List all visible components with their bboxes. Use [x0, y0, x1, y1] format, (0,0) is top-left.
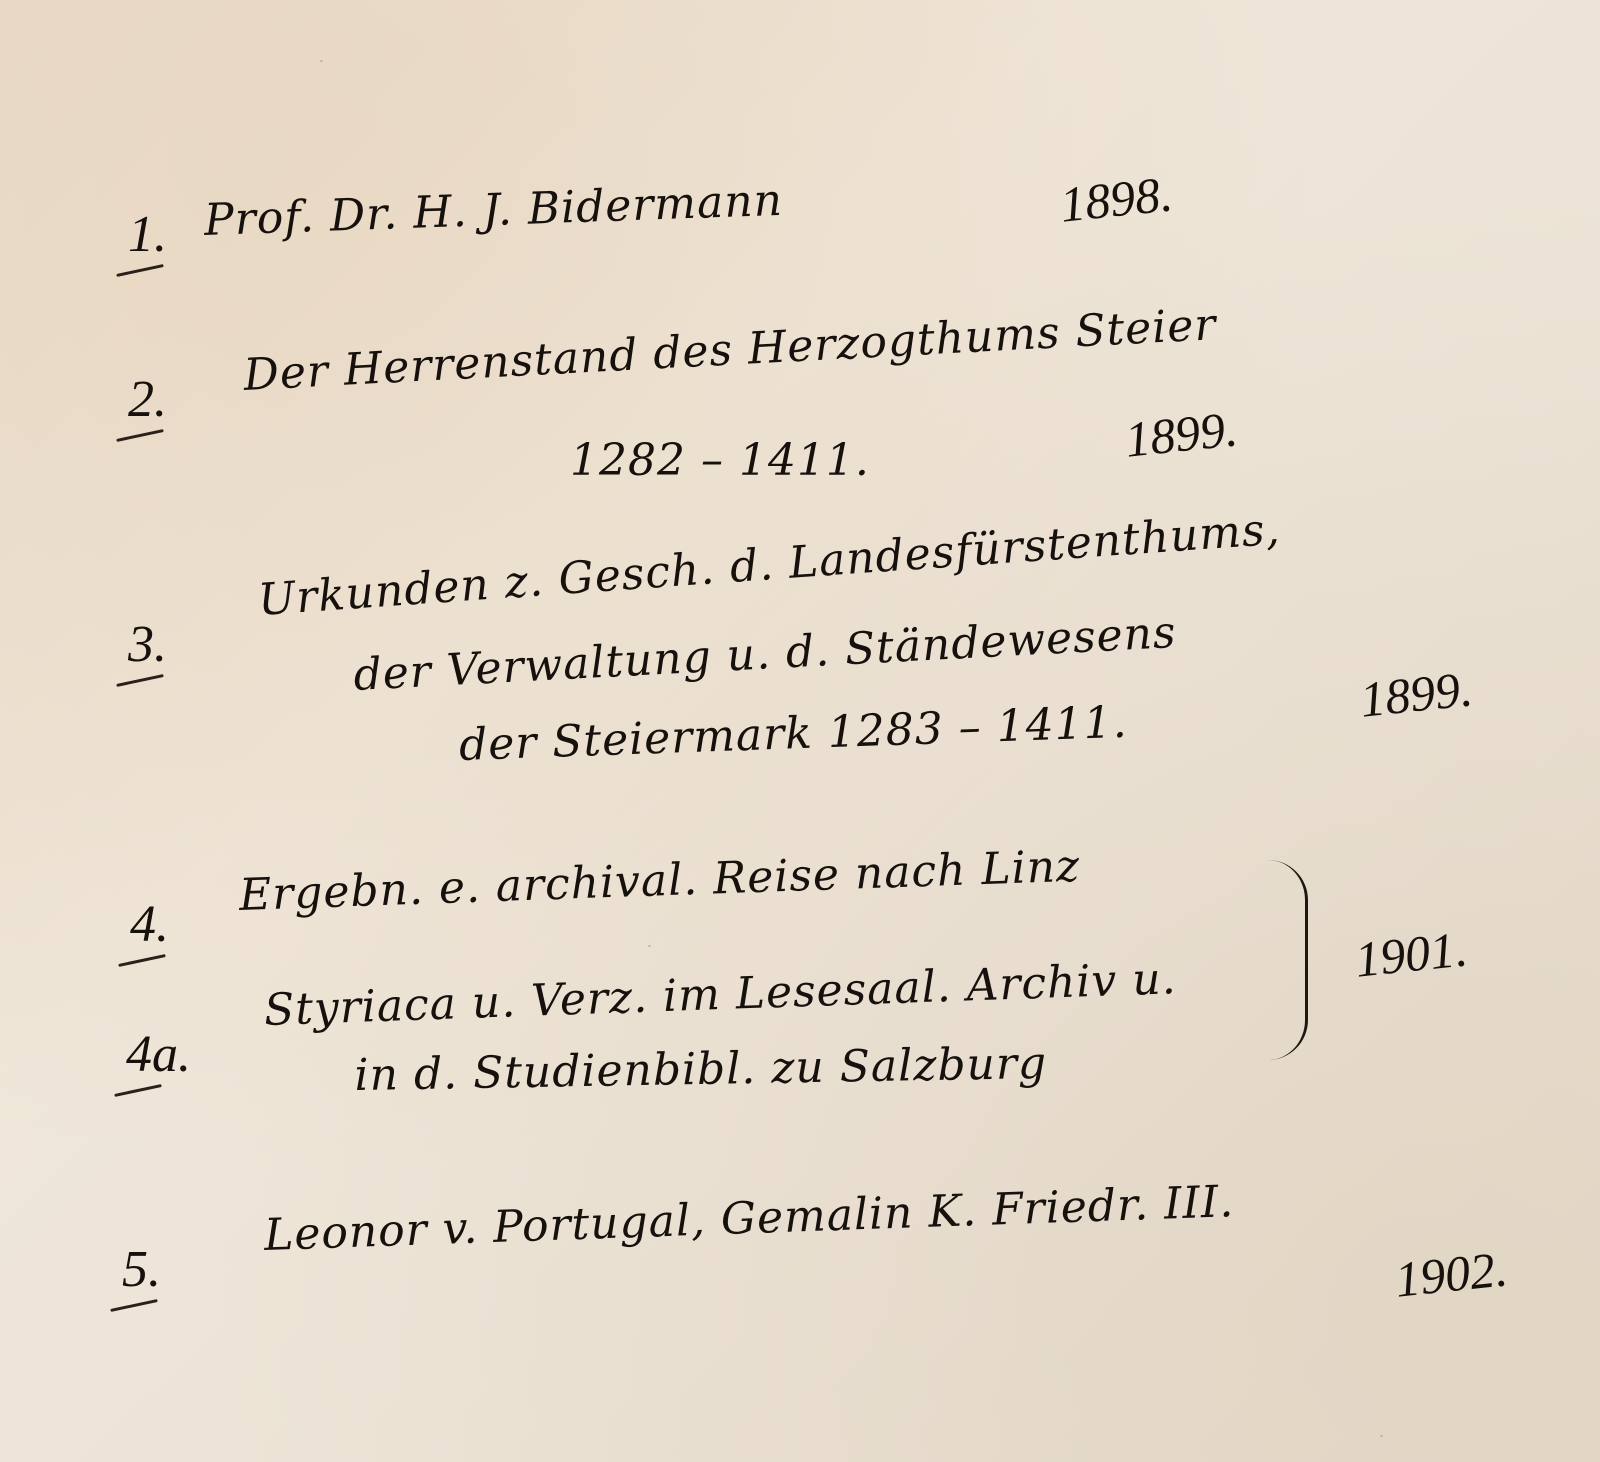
entry-text: 1282 – 1411.	[570, 435, 870, 486]
paper-speck	[320, 60, 323, 62]
entry-year: 1901.	[1352, 919, 1470, 988]
entry-year: 1899.	[1122, 399, 1240, 468]
ink-speck	[648, 945, 651, 947]
entry-year: 1899.	[1357, 659, 1475, 728]
entry-text: der Verwaltung u. d. Ständewesens	[352, 607, 1177, 701]
entry-number: 3.	[128, 615, 167, 674]
entry-text: Leonor v. Portugal, Gemalin K. Friedr. I…	[263, 1176, 1235, 1261]
entry-number: 1.	[128, 205, 167, 264]
underline	[116, 429, 164, 442]
entry-text: Styriaca u. Verz. im Lesesaal. Archiv u.	[263, 953, 1177, 1036]
entry-year: 1902.	[1392, 1239, 1510, 1308]
underline	[116, 264, 164, 277]
underline	[118, 954, 166, 967]
entry-number: 4.	[130, 895, 169, 954]
underline	[114, 1084, 162, 1097]
entry-text: Der Herrenstand des Herzogthums Steier	[242, 299, 1217, 401]
underline	[116, 674, 164, 687]
entry-number: 5.	[122, 1240, 161, 1299]
entry-number: 4a.	[126, 1025, 191, 1084]
entry-text: in d. Studienbibl. zu Salzburg	[354, 1038, 1047, 1101]
entry-number: 2.	[128, 370, 167, 429]
grouping-brace	[1265, 860, 1308, 1060]
entry-text: Ergebn. e. archival. Reise nach Linz	[238, 841, 1081, 921]
manuscript-page: 1. Prof. Dr. H. J. Bidermann 1898. 2. De…	[0, 0, 1600, 1462]
underline	[110, 1299, 158, 1312]
entry-text: Prof. Dr. H. J. Bidermann	[203, 175, 784, 246]
entry-year: 1898.	[1057, 164, 1175, 233]
ink-speck	[1380, 1435, 1383, 1437]
entry-text: Urkunden z. Gesch. d. Landesfürstenthums…	[256, 504, 1282, 626]
entry-text: der Steiermark 1283 – 1411.	[458, 697, 1128, 771]
